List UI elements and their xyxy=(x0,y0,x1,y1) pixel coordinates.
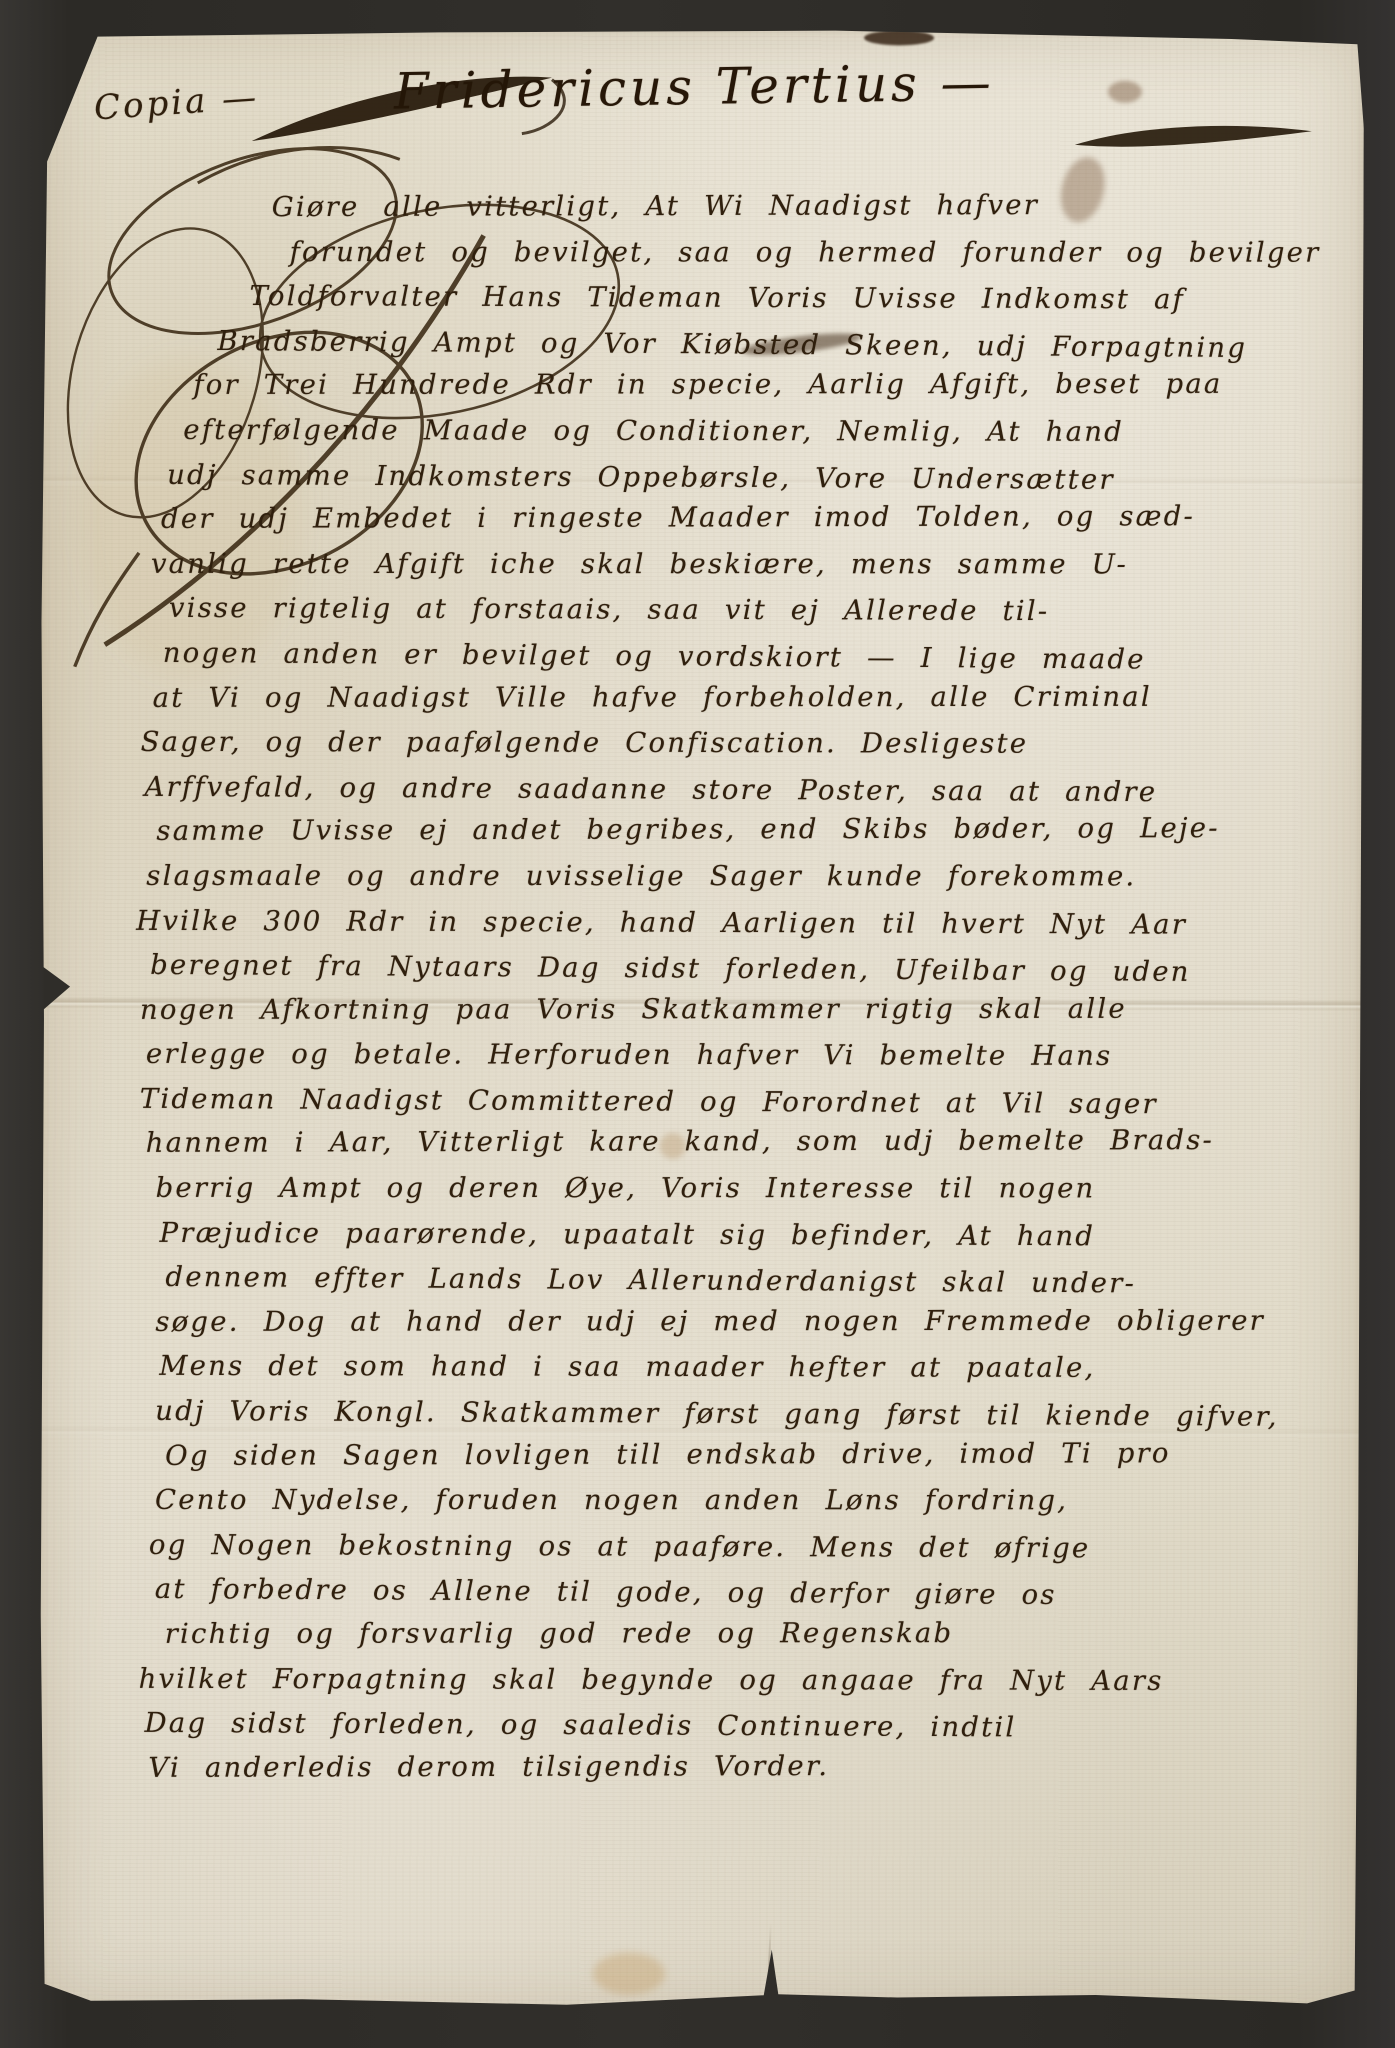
manuscript-line: slagsmaale og andre uvisselige Sager kun… xyxy=(146,860,1342,905)
stain xyxy=(864,30,934,45)
manuscript-line: erlegge og betale. Herforuden hafver Vi … xyxy=(146,1038,1342,1085)
paper-tear xyxy=(766,1923,771,2015)
page-title: Fridericus Tertius — xyxy=(394,53,995,120)
manuscript-line: forundet og bevilget, saa og hermed foru… xyxy=(290,236,1344,281)
manuscript-line: Vi anderledis derom tilsigendis Vorder. xyxy=(148,1749,1340,1797)
manuscript-body: Giøre alle vitterligt, At Wi Naadigst ha… xyxy=(118,191,1343,1799)
archive-photo-background: Copia — Fridericus Tertius — Giøre alle … xyxy=(0,0,1395,2048)
manuscript-line: for Trei Hundrede Rdr in specie, Aarlig … xyxy=(193,368,1343,414)
manuscript-line: hvilket Forpagtning skal begynde og anga… xyxy=(139,1662,1341,1709)
manuscript-line: at Vi og Naadigst Ville hafve forbeholde… xyxy=(153,680,1343,726)
manuscript-line: Præjudice paarørende, upaatalt sig befin… xyxy=(159,1217,1341,1266)
manuscript-line: Mens det som hand i saa maader hefter at… xyxy=(159,1350,1341,1397)
manuscript-line: Hvilke 300 Rdr in specie, hand Aarligen … xyxy=(136,904,1342,953)
manuscript-line: berrig Ampt og deren Øye, Voris Interess… xyxy=(156,1172,1342,1217)
manuscript-line: der udj Embedet i ringeste Maader imod T… xyxy=(161,500,1343,548)
manuscript-line: hannem i Aar, Vitterligt kare kand, som … xyxy=(146,1124,1342,1172)
stain xyxy=(1108,81,1142,103)
manuscript-line: vanlig rette Afgift iche skal beskiære, … xyxy=(151,548,1343,593)
manuscript-line: Og siden Sagen lovligen till endskab dri… xyxy=(165,1436,1341,1484)
manuscript-line: søge. Dog at hand der udj ej med nogen F… xyxy=(155,1304,1341,1350)
stain xyxy=(593,1953,665,1995)
manuscript-line: og Nogen bekostning os at paaføre. Mens … xyxy=(149,1529,1341,1578)
manuscript-line: nogen Afkortning paa Voris Skatkammer ri… xyxy=(140,992,1342,1038)
manuscript-line: Cento Nydelse, foruden nogen anden Løns … xyxy=(155,1484,1341,1529)
manuscript-line: samme Uvisse ej andet begribes, end Skib… xyxy=(156,812,1342,860)
manuscript-line: richtig og forsvarlig god rede og Regens… xyxy=(165,1617,1341,1663)
copy-label: Copia — xyxy=(93,77,261,128)
manuscript-line: Toldforvalter Hans Tideman Voris Uvisse … xyxy=(249,280,1343,329)
manuscript-line: Sager, og der paafølgende Confiscation. … xyxy=(141,726,1343,773)
fold-notch xyxy=(40,965,70,1013)
manuscript-line: visse rigtelig at forstaais, saa vit ej … xyxy=(169,592,1343,641)
manuscript-line: efterfølgende Maade og Conditioner, Neml… xyxy=(183,414,1343,461)
manuscript-line: Giøre alle vitterligt, At Wi Naadigst ha… xyxy=(272,188,1344,235)
manuscript-page: Copia — Fridericus Tertius — Giøre alle … xyxy=(38,27,1364,2015)
